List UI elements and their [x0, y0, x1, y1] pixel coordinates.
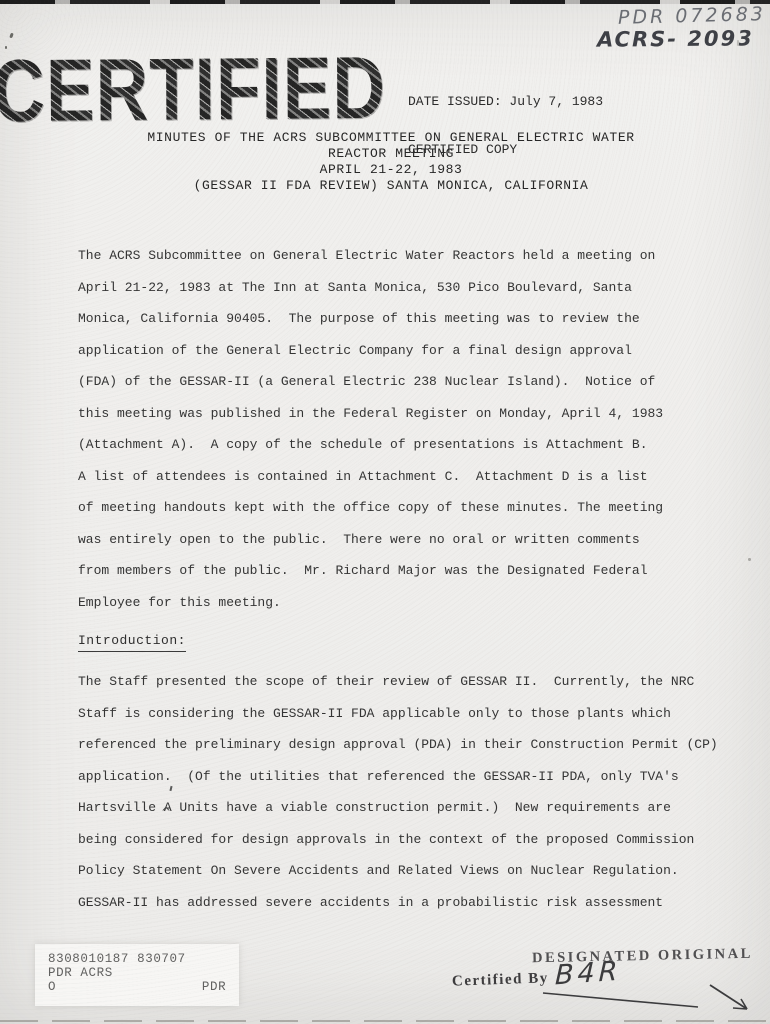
- ink-speck: [737, 40, 739, 46]
- title-line: MINUTES OF THE ACRS SUBCOMMITTEE ON GENE…: [0, 130, 770, 146]
- body-text-line: was entirely open to the public. There w…: [78, 524, 758, 556]
- body-text-line: (FDA) of the GESSAR-II (a General Electr…: [78, 366, 758, 398]
- body-text-line: being considered for design approvals in…: [78, 824, 758, 856]
- accession-number-label: 8308010187 830707PDR ACRSO PDR: [35, 944, 239, 1006]
- body-text-line: of meeting handouts kept with the office…: [78, 492, 758, 524]
- paragraph-introduction: The Staff presented the scope of their r…: [78, 666, 758, 918]
- handwritten-note-pdr-number: PDR 072683: [618, 3, 766, 29]
- body-text-line: The Staff presented the scope of their r…: [78, 666, 758, 698]
- insertion-caret-mark: ^: [161, 805, 171, 819]
- body-text-line: Staff is considering the GESSAR-II FDA a…: [78, 698, 758, 730]
- section-heading-text: Introduction:: [78, 633, 186, 652]
- body-text-line: application of the General Electric Comp…: [78, 335, 758, 367]
- scan-edge-bottom: [0, 1020, 770, 1022]
- accession-line: PDR ACRS: [48, 967, 226, 981]
- paragraph-opening: The ACRS Subcommittee on General Electri…: [78, 240, 758, 618]
- date-issued-line: DATE ISSUED: July 7, 1983: [408, 94, 603, 110]
- body-text-line: Policy Statement On Severe Accidents and…: [78, 855, 758, 887]
- scan-edge-top: [0, 0, 770, 4]
- body-text-line: referenced the preliminary design approv…: [78, 729, 758, 761]
- body-text-line: from members of the public. Mr. Richard …: [78, 555, 758, 587]
- section-heading-introduction: Introduction:: [78, 633, 186, 648]
- ink-speck: [9, 33, 14, 39]
- body-text-line: application. (Of the utilities that refe…: [78, 761, 758, 793]
- ink-speck: [748, 558, 751, 561]
- scanned-document-page: PDR 072683 ACRS- 2093 CERTIFIED DATE ISS…: [0, 0, 770, 1024]
- title-line: APRIL 21-22, 1983: [0, 162, 770, 178]
- title-line: (GESSAR II FDA REVIEW) SANTA MONICA, CAL…: [0, 178, 770, 194]
- body-text-line: April 21-22, 1983 at The Inn at Santa Mo…: [78, 272, 758, 304]
- accession-number-stamp: 8308010187 830707PDR ACRSO PDR: [48, 953, 226, 994]
- signature-underline-arrow: [540, 982, 762, 1020]
- body-text-line: A list of attendees is contained in Atta…: [78, 461, 758, 493]
- body-text-line: Hartsville A Units have a viable constru…: [78, 792, 758, 824]
- document-title: MINUTES OF THE ACRS SUBCOMMITTEE ON GENE…: [0, 130, 770, 194]
- accession-line: 8308010187 830707: [48, 953, 226, 967]
- title-line: REACTOR MEETING: [0, 146, 770, 162]
- handwritten-note-acrs-number: ACRS- 2093: [597, 26, 754, 51]
- ink-speck: [5, 46, 7, 49]
- body-text-line: Monica, California 90405. The purpose of…: [78, 303, 758, 335]
- body-text-line: Employee for this meeting.: [78, 587, 758, 619]
- body-text-line: GESSAR-II has addressed severe accidents…: [78, 887, 758, 919]
- body-text-line: this meeting was published in the Federa…: [78, 398, 758, 430]
- certified-by-label: Certified By: [452, 970, 549, 990]
- certified-stamp: CERTIFIED: [0, 45, 386, 136]
- body-text-line: The ACRS Subcommittee on General Electri…: [78, 240, 758, 272]
- accession-line: O PDR: [48, 981, 226, 995]
- body-text-line: (Attachment A). A copy of the schedule o…: [78, 429, 758, 461]
